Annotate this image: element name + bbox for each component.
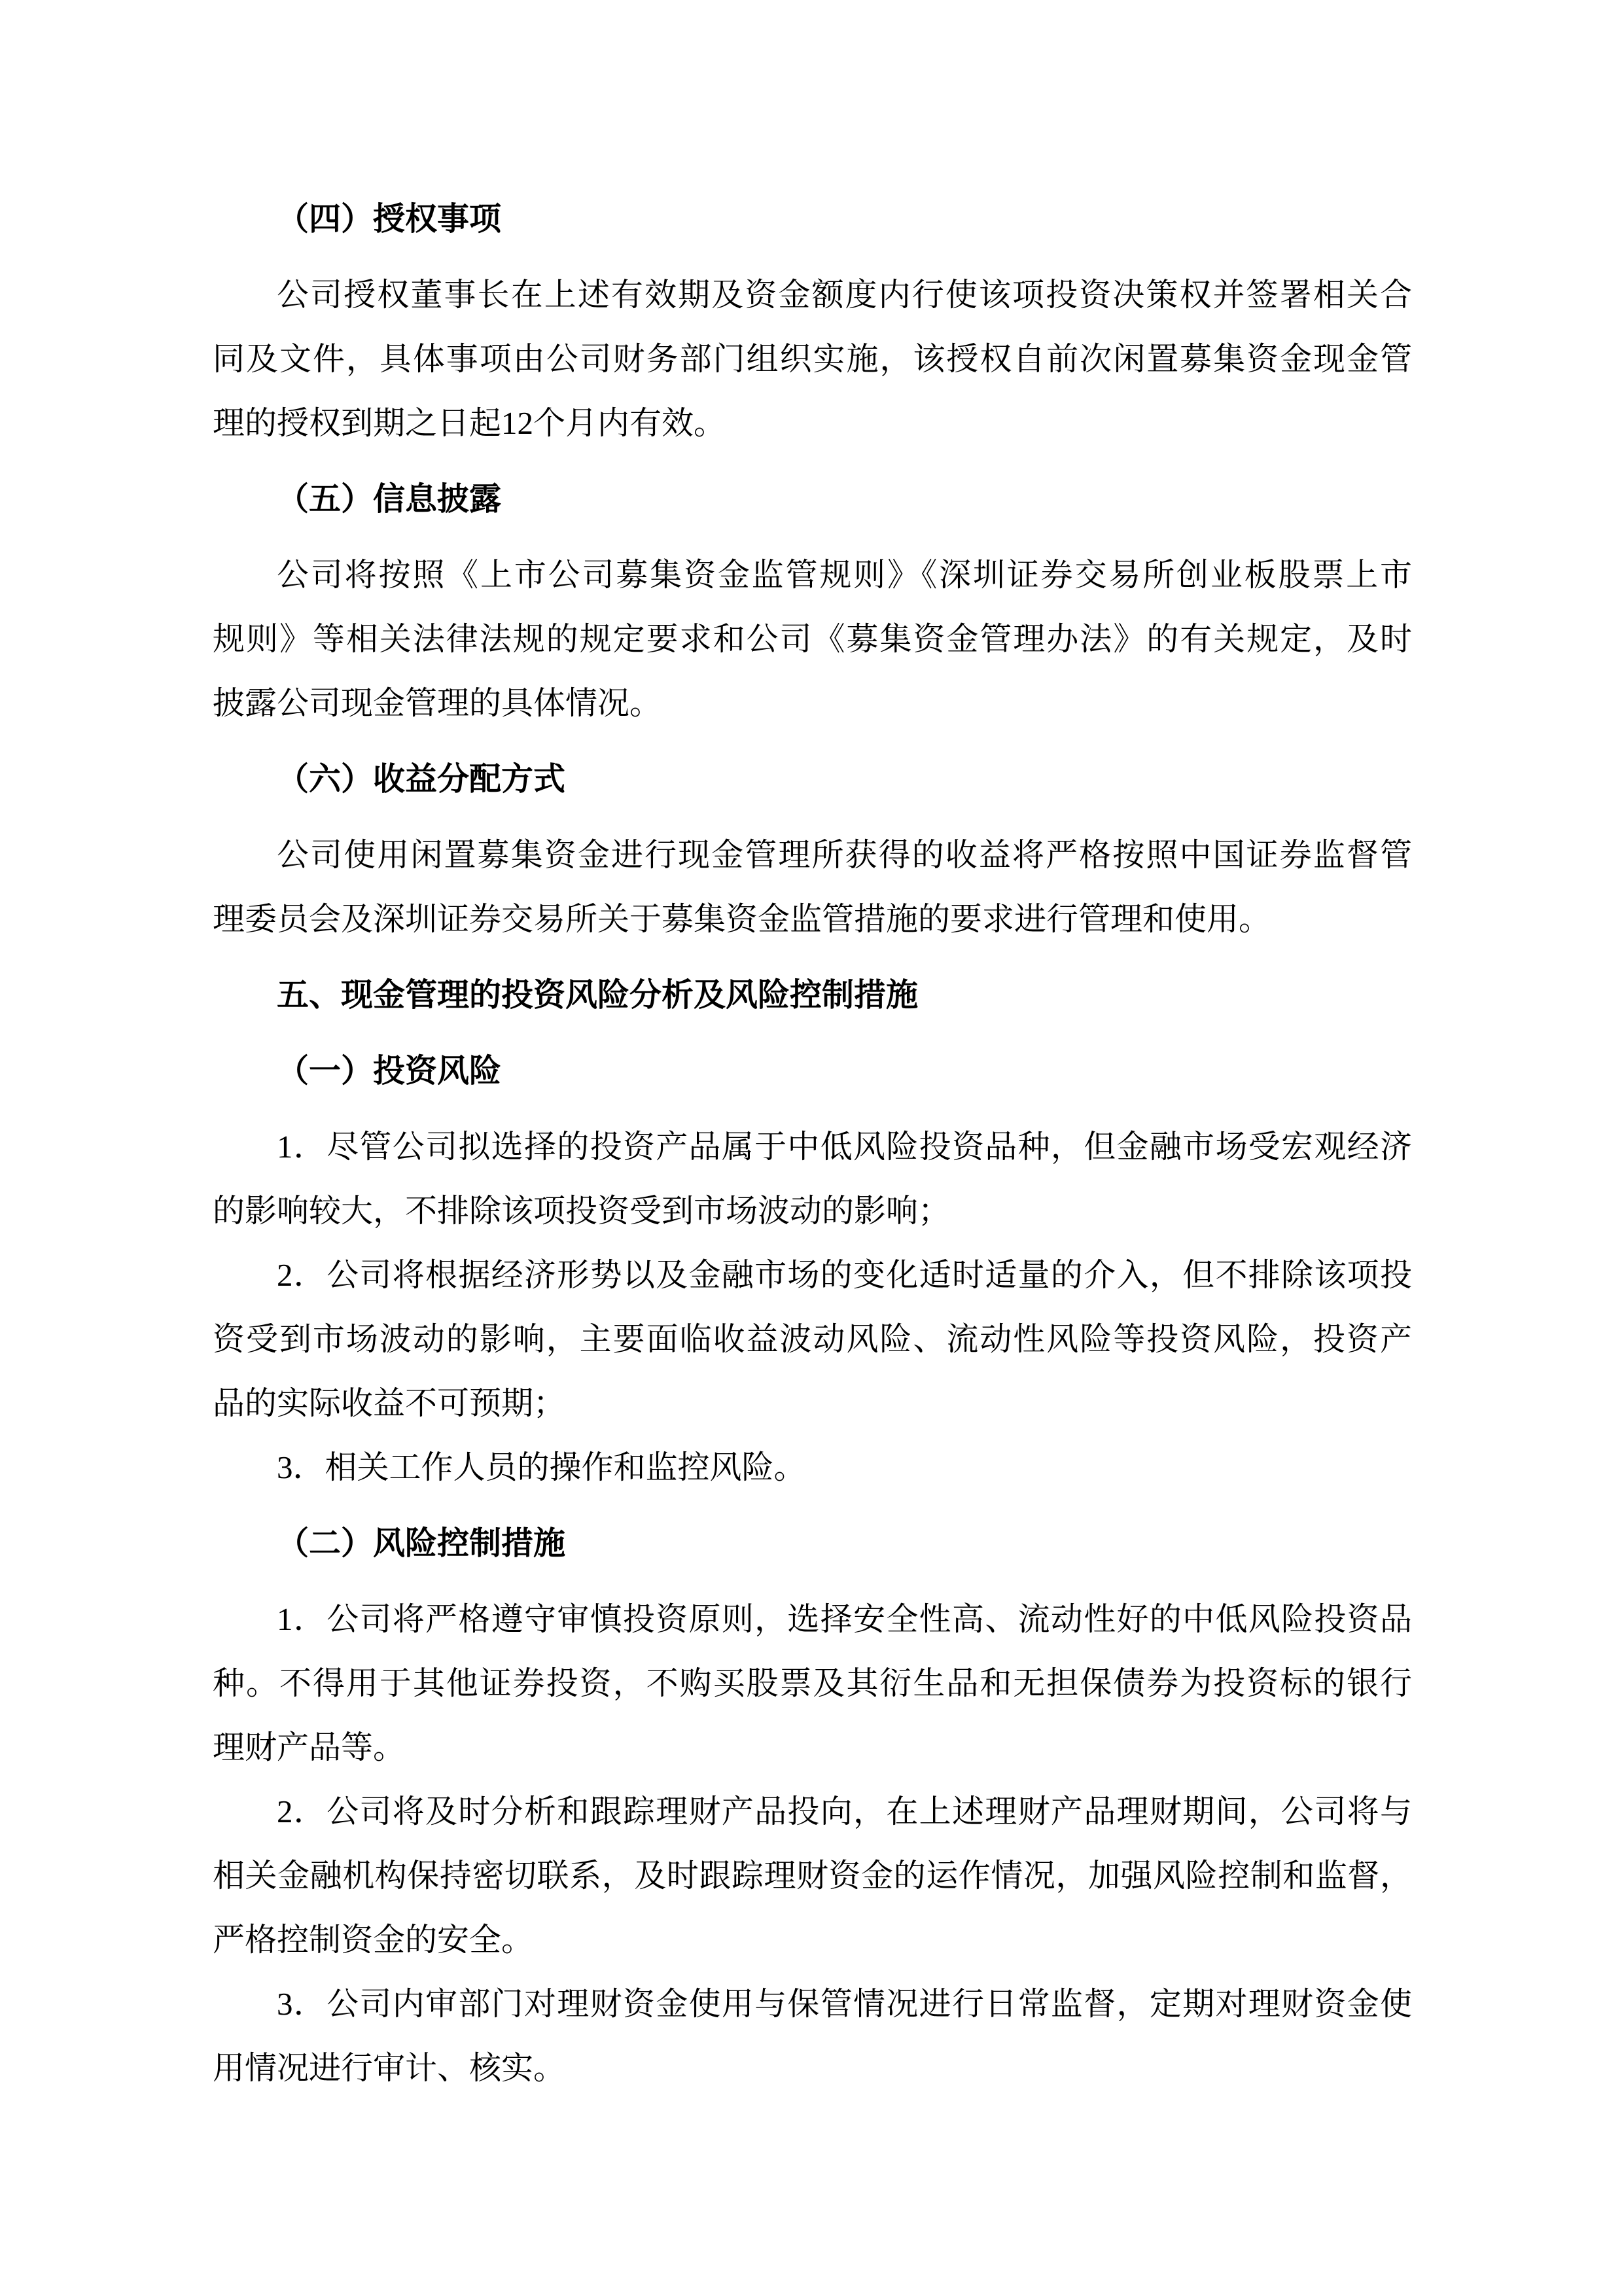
section-heading-risk-control: （二）风险控制措施 <box>213 1511 1412 1576</box>
paragraph-risk-item-1: 1．尽管公司拟选择的投资产品属于中低风险投资品种，但金融市场受宏观经济 的影响较… <box>213 1115 1412 1243</box>
text-line: 3．相关工作人员的操作和监控风险。 <box>213 1436 1412 1500</box>
text-line: 1．公司将严格遵守审慎投资原则，选择安全性高、流动性好的中低风险投资品 <box>213 1587 1412 1651</box>
section-heading-information-disclosure: （五）信息披露 <box>213 467 1412 531</box>
text-line: 相关金融机构保持密切联系，及时跟踪理财资金的运作情况，加强风险控制和监督， <box>213 1844 1412 1908</box>
text-line: 同及文件，具体事项由公司财务部门组织实施，该授权自前次闲置募集资金现金管 <box>213 327 1412 391</box>
paragraph-control-item-2: 2．公司将及时分析和跟踪理财产品投向，在上述理财产品理财期间，公司将与 相关金融… <box>213 1780 1412 1972</box>
paragraph-risk-item-3: 3．相关工作人员的操作和监控风险。 <box>213 1436 1412 1500</box>
text-line: 公司授权董事长在上述有效期及资金额度内行使该项投资决策权并签署相关合 <box>213 263 1412 327</box>
text-line: 规则》等相关法律法规的规定要求和公司《募集资金管理办法》的有关规定，及时 <box>213 607 1412 671</box>
text-line: 公司使用闲置募集资金进行现金管理所获得的收益将严格按照中国证券监督管 <box>213 823 1412 887</box>
text-line: 资受到市场波动的影响，主要面临收益波动风险、流动性风险等投资风险，投资产 <box>213 1307 1412 1371</box>
section-heading-authorization: （四）授权事项 <box>213 187 1412 251</box>
text-line: 严格控制资金的安全。 <box>213 1908 1412 1972</box>
text-line: 种。不得用于其他证券投资，不购买股票及其衍生品和无担保债券为投资标的银行 <box>213 1651 1412 1716</box>
paragraph-risk-item-2: 2．公司将根据经济形势以及金融市场的变化适时适量的介入，但不排除该项投 资受到市… <box>213 1243 1412 1436</box>
text-line: 2．公司将根据经济形势以及金融市场的变化适时适量的介入，但不排除该项投 <box>213 1243 1412 1307</box>
text-line: 2．公司将及时分析和跟踪理财产品投向，在上述理财产品理财期间，公司将与 <box>213 1780 1412 1844</box>
paragraph-control-item-3: 3．公司内审部门对理财资金使用与保管情况进行日常监督，定期对理财资金使 用情况进… <box>213 1972 1412 2100</box>
paragraph-control-item-1: 1．公司将严格遵守审慎投资原则，选择安全性高、流动性好的中低风险投资品 种。不得… <box>213 1587 1412 1780</box>
text-line: 3．公司内审部门对理财资金使用与保管情况进行日常监督，定期对理财资金使 <box>213 1972 1412 2036</box>
section-heading-income-distribution: （六）收益分配方式 <box>213 747 1412 811</box>
section-heading-investment-risk: （一）投资风险 <box>213 1039 1412 1103</box>
text-line: 品的实际收益不可预期； <box>213 1371 1412 1436</box>
paragraph-information-disclosure: 公司将按照《上市公司募集资金监管规则》《深圳证券交易所创业板股票上市 规则》等相… <box>213 543 1412 735</box>
document-page: （四）授权事项 公司授权董事长在上述有效期及资金额度内行使该项投资决策权并签署相… <box>0 0 1624 2296</box>
text-line: 理委员会及深圳证券交易所关于募集资金监管措施的要求进行管理和使用。 <box>213 887 1412 951</box>
text-line: 公司将按照《上市公司募集资金监管规则》《深圳证券交易所创业板股票上市 <box>213 543 1412 607</box>
text-line: 理的授权到期之日起12个月内有效。 <box>213 391 1412 455</box>
paragraph-authorization: 公司授权董事长在上述有效期及资金额度内行使该项投资决策权并签署相关合 同及文件，… <box>213 263 1412 455</box>
text-line: 理财产品等。 <box>213 1716 1412 1780</box>
text-line: 披露公司现金管理的具体情况。 <box>213 671 1412 735</box>
text-line: 用情况进行审计、核实。 <box>213 2036 1412 2100</box>
paragraph-income-distribution: 公司使用闲置募集资金进行现金管理所获得的收益将严格按照中国证券监督管 理委员会及… <box>213 823 1412 951</box>
text-line: 的影响较大，不排除该项投资受到市场波动的影响； <box>213 1179 1412 1243</box>
document-content: （四）授权事项 公司授权董事长在上述有效期及资金额度内行使该项投资决策权并签署相… <box>213 175 1412 2100</box>
section-heading-risk-analysis: 五、现金管理的投资风险分析及风险控制措施 <box>213 963 1412 1027</box>
text-line: 1．尽管公司拟选择的投资产品属于中低风险投资品种，但金融市场受宏观经济 <box>213 1115 1412 1179</box>
